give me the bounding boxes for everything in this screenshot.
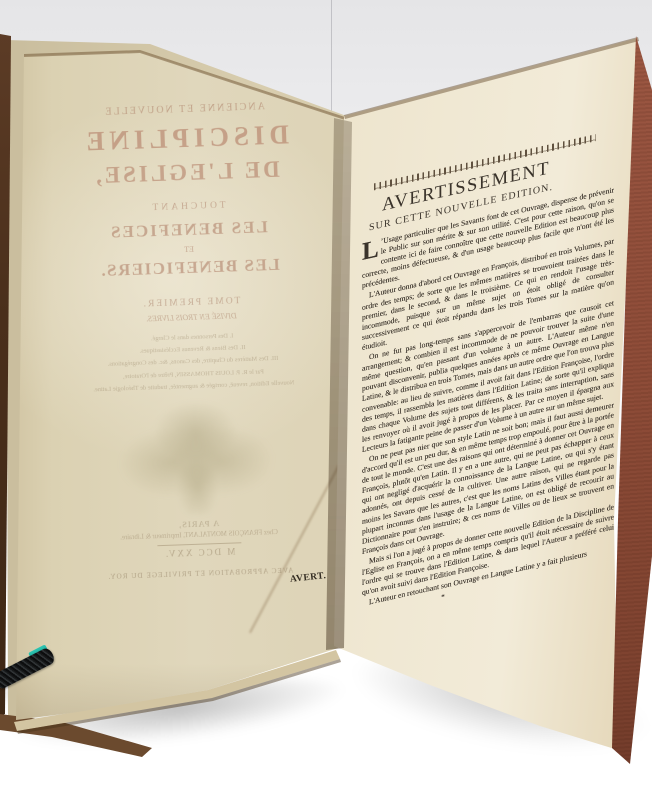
wall-corner-line [331,0,332,116]
showthrough-line: TOUCHANT [32,196,344,217]
imprint-rule [157,542,241,546]
showthrough-line: DISCIPLINE [29,118,342,160]
showthrough-detail-block: I. Des Personnes dans le Clergé. II. Des… [36,326,350,398]
avertissement-text-block: AVERTISSEMENT SUR CETTE NOUVELLE EDITION… [362,130,614,621]
title-page-showthrough: ANCIENNE ET NOUVELLE DISCIPLINE DE L'EGL… [28,99,356,583]
showthrough-line: DE L'EGLISE, [30,155,343,192]
photo-scene: ANCIENNE ET NOUVELLE DISCIPLINE DE L'EGL… [0,0,652,790]
printer-device-ornament-icon [109,394,283,518]
body-text: L’Usage particulier que les Savants font… [362,185,614,621]
drop-cap: L [362,237,381,263]
showthrough-imprint-line: M DCC XXV. [44,542,356,563]
